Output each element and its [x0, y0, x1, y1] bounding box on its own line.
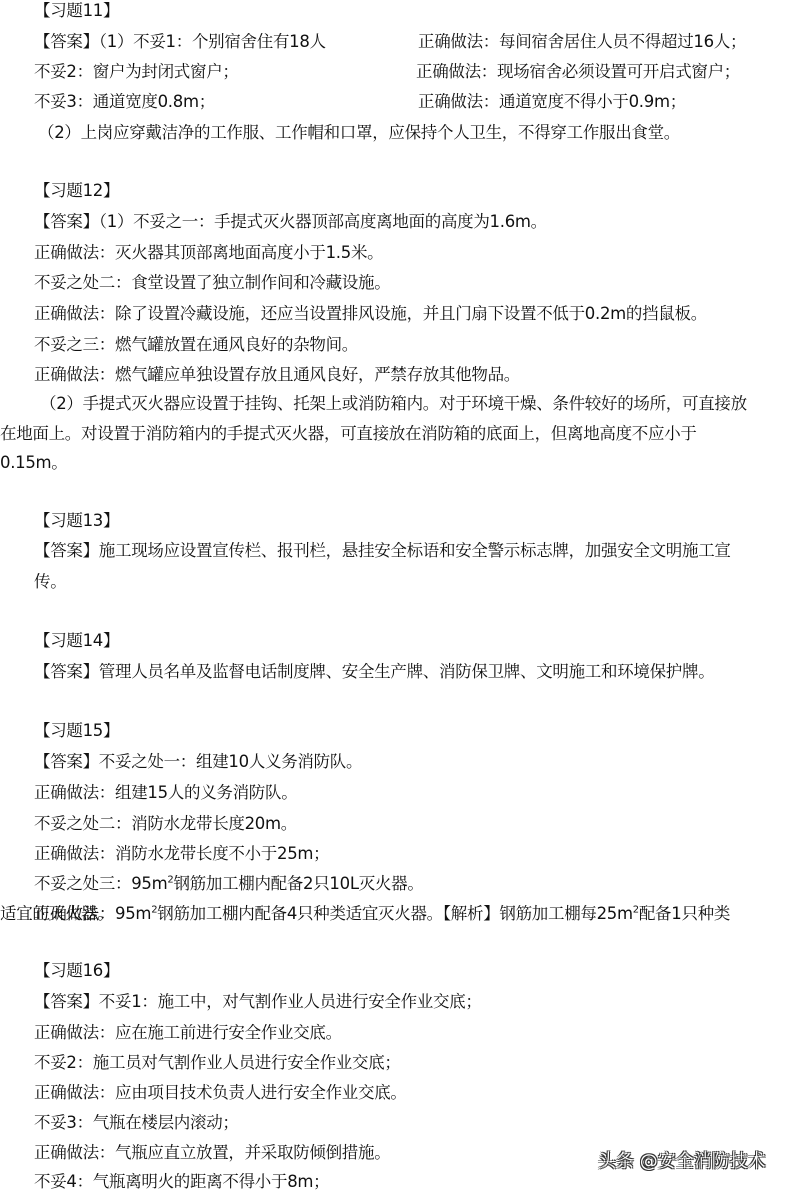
q15-line-1: 【答案】不妥之处一：组建10人义务消防队。 [34, 751, 362, 773]
q12-title: 【习题12】 [34, 180, 119, 202]
q15-line-4: 正确做法：消防水龙带长度不小于25m； [34, 843, 329, 865]
q11-answer-line-3-left: 不妥3：通道宽度0.8m； [34, 91, 215, 113]
q15-line-3: 不妥之处二：消防水龙带长度20m。 [34, 813, 297, 835]
q11-answer-line-1-left: 【答案】（1）不妥1：个别宿舍住有18人 [34, 31, 326, 53]
q11-answer-line-3-right: 正确做法：通道宽度不得小于0.9m； [418, 91, 686, 113]
q15-line-5: 不妥之处三：95m2钢筋加工棚内配备2只10L灭火器。 [34, 873, 424, 895]
q16-line-3: 不妥2：施工员对气割作业人员进行安全作业交底； [34, 1052, 401, 1074]
watermark: 头条 @安全消防技术 [598, 1150, 766, 1174]
q15-line-5-post: 钢筋加工棚内配备2只10L灭火器。 [173, 874, 423, 893]
q16-line-2: 正确做法：应在施工前进行安全作业交底。 [34, 1022, 342, 1044]
q14-title: 【习题14】 [34, 630, 119, 652]
q16-line-6: 正确做法：气瓶应直立放置，并采取防倾倒措施。 [34, 1142, 390, 1164]
q13-line-1: 【答案】施工现场应设置宣传栏、报刊栏，悬挂安全标语和安全警示标志牌，加强安全文明… [34, 540, 731, 562]
q12-line-5: 不妥之三：燃气罐放置在通风良好的杂物间。 [34, 334, 358, 356]
q15-line-6-c: 配备1只种类 [639, 904, 730, 923]
q16-line-4: 正确做法：应由项目技术负责人进行安全作业交底。 [34, 1082, 407, 1104]
q15-line-6-label: 正确做法 [34, 904, 99, 923]
q12-line-1: 【答案】（1）不妥之一：手提式灭火器顶部高度离地面的高度为1.6m。 [34, 211, 547, 233]
q13-title: 【习题13】 [34, 510, 119, 532]
q11-answer-line-1-right: 正确做法：每间宿舍居住人员不得超过16人； [418, 31, 746, 53]
q14-line-1: 【答案】管理人员名单及监督电话制度牌、安全生产牌、消防保卫牌、文明施工和环境保护… [34, 661, 714, 683]
q12-line-4: 正确做法：除了设置冷藏设施，还应当设置排风设施，并且门扇下设置不低于0.2m的挡… [34, 303, 707, 325]
q15-line-6-a: ：95m [99, 904, 151, 923]
q15-line-6: 正确做法：95m2钢筋加工棚内配备4只种类适宜灭火器。【解析】钢筋加工棚每25m… [34, 903, 730, 925]
q11-answer-line-2-left: 不妥2：窗户为封闭式窗户； [34, 61, 239, 83]
q11-part2: （2）上岗应穿戴洁净的工作服、工作帽和口罩，应保持个人卫生，不得穿工作服出食堂。 [38, 122, 680, 144]
q13-line-2: 传。 [34, 571, 66, 593]
q16-line-1: 【答案】不妥1：施工中，对气割作业人员进行安全作业交底； [34, 991, 482, 1013]
q16-line-5: 不妥3：气瓶在楼层内滚动； [34, 1112, 239, 1134]
q12-line-6: 正确做法：燃气罐应单独设置存放且通风良好，严禁存放其他物品。 [34, 364, 520, 386]
q12-line-3: 不妥之处二：食堂设置了独立制作间和冷藏设施。 [34, 272, 390, 294]
q12-part2-line-1: （2）手提式灭火器应设置于挂钩、托架上或消防箱内。对于环境干燥、条件较好的场所，… [40, 393, 747, 415]
q12-part2-line-2: 在地面上。对设置于消防箱内的手提式灭火器，可直接放在消防箱的底面上，但离地高度不… [0, 423, 697, 445]
q15-line-6-b: 钢筋加工棚内配备4只种类适宜灭火器。【解析】钢筋加工棚每25m [157, 904, 633, 923]
q12-line-2: 正确做法：灭火器其顶部离地面高度小于1.5米。 [34, 242, 383, 264]
q16-title: 【习题16】 [34, 960, 119, 982]
q16-line-7: 不妥4：气瓶离明火的距离不得小于8m； [34, 1171, 329, 1192]
q11-title: 【习题11】 [34, 0, 119, 22]
q15-line-2: 正确做法：组建15人的义务消防队。 [34, 782, 297, 804]
q11-answer-line-2-right: 正确做法：现场宿舍必须设置可开启式窗户； [416, 61, 740, 83]
q12-part2-line-3: 0.15m。 [0, 452, 68, 474]
q15-title: 【习题15】 [34, 720, 119, 742]
q15-line-5-pre: 不妥之处三：95m [34, 874, 167, 893]
